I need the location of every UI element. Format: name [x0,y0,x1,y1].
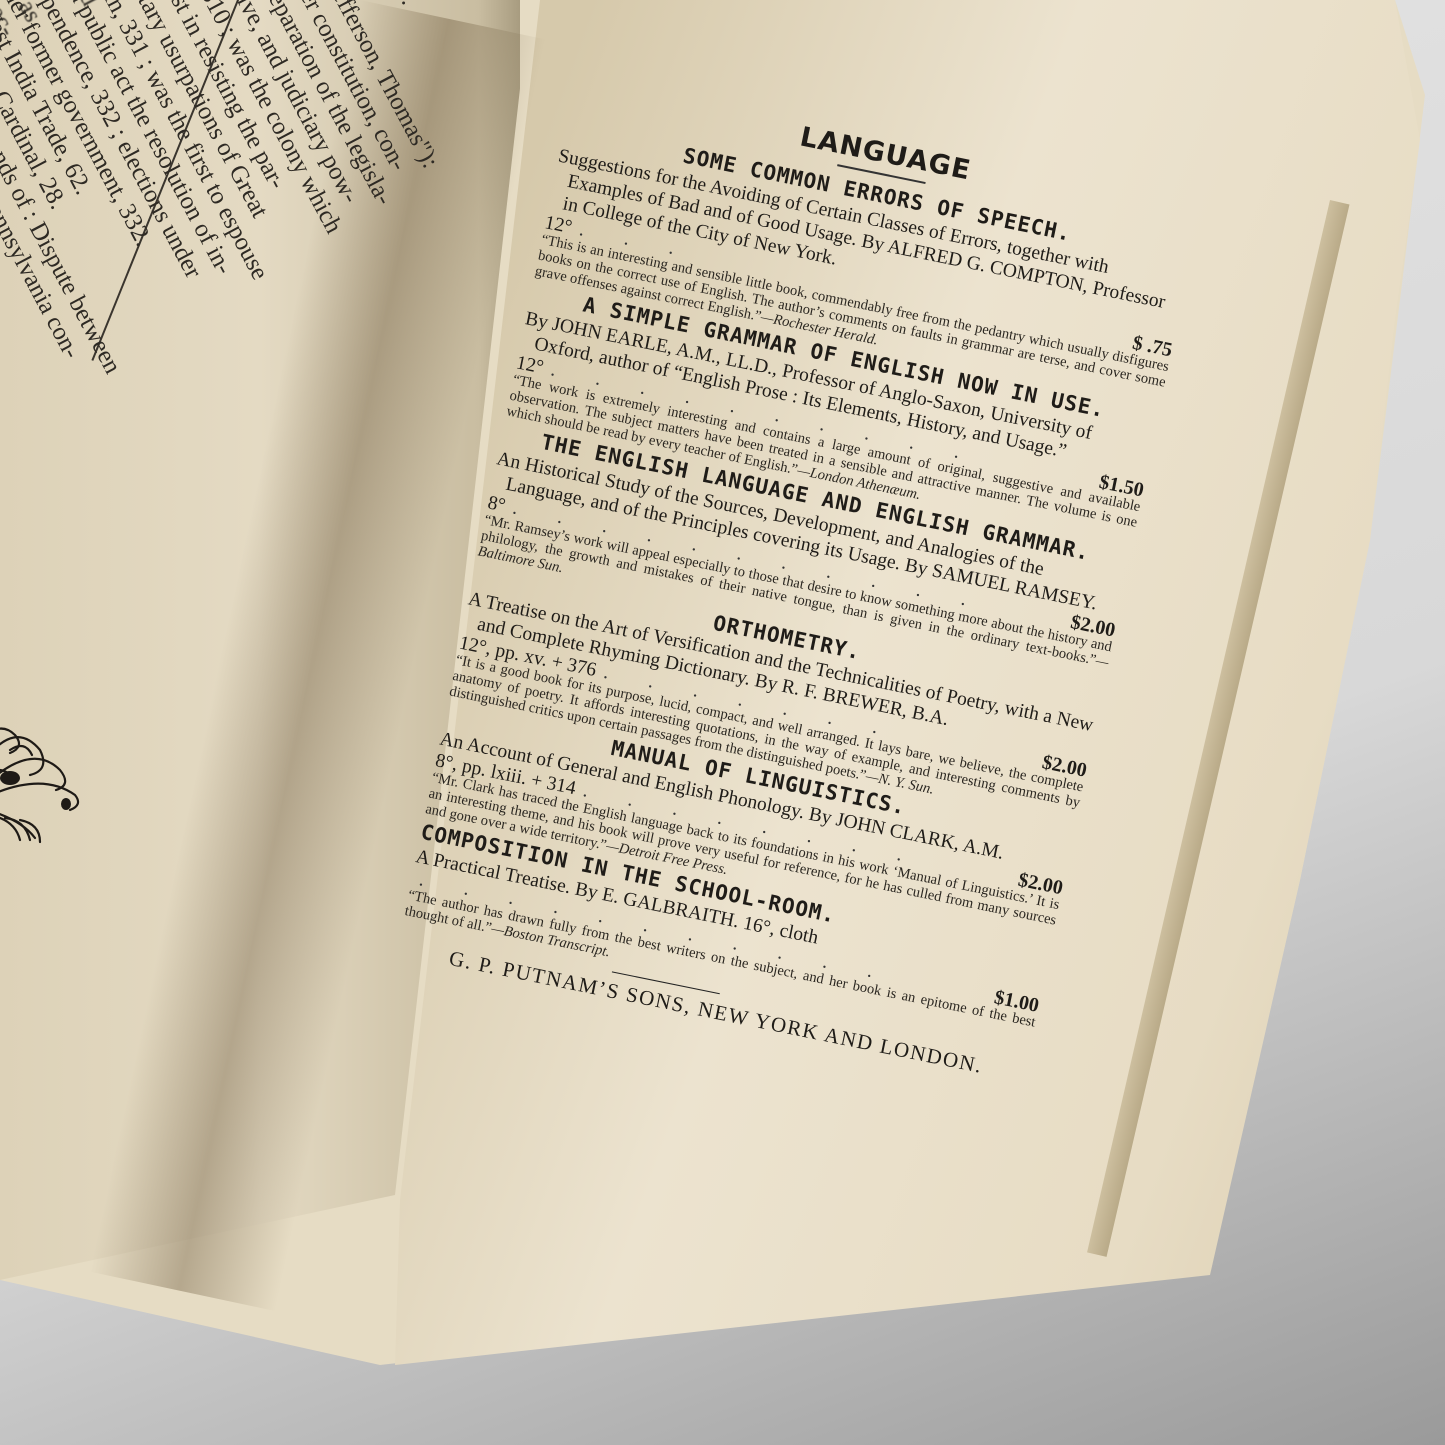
floral-ornament-icon [0,680,100,850]
